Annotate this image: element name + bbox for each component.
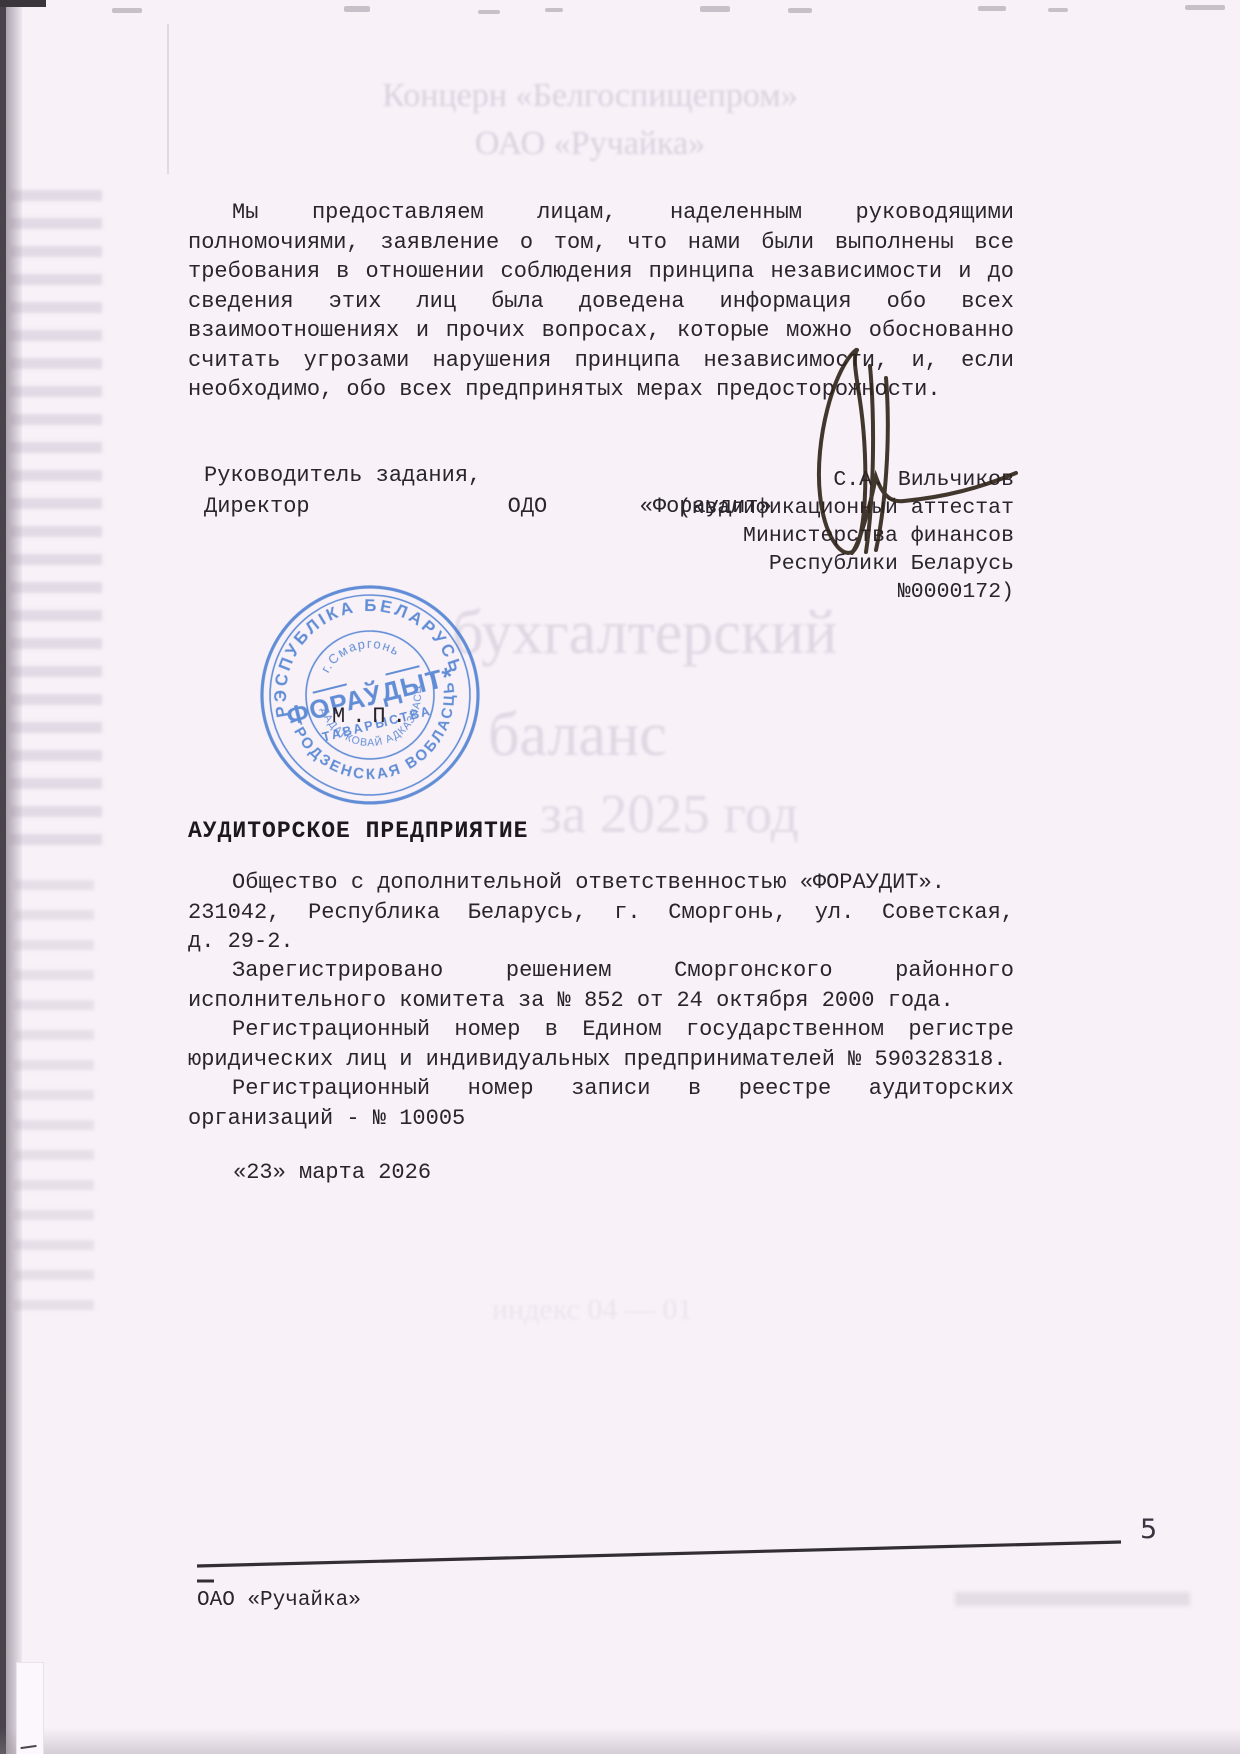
scan-speck: [1185, 5, 1225, 10]
paragraph-line: исполнительного комитета за № 852 от 24 …: [188, 986, 1014, 1016]
section-heading: АУДИТОРСКОЕ ПРЕДПРИЯТИЕ: [188, 818, 528, 844]
page-number: 5: [1140, 1514, 1157, 1545]
scan-speck: [788, 8, 812, 13]
paragraph-line: юридических лиц и индивидуальных предпри…: [188, 1045, 1014, 1075]
scan-speck: [545, 8, 563, 12]
ghost-index-note: индекс 04 — 01: [492, 1293, 692, 1327]
paragraph-line: д. 29-2.: [188, 927, 1014, 957]
intro-line: необходимо, обо всех предпринятых мерах …: [188, 375, 1014, 405]
paragraph-line: Регистрационный номер записи в реестре а…: [188, 1074, 1014, 1104]
signoff-auditor-block: С.А. Вильчиков (квалификационный аттеста…: [594, 466, 1014, 606]
paragraph-line: Регистрационный номер в Едином государст…: [188, 1015, 1014, 1045]
auditor-certificate-line: Республики Беларусь: [594, 550, 1014, 578]
scan-speck: [1048, 8, 1068, 12]
intro-line: взаимоотношениях и прочих вопросах, кото…: [188, 316, 1014, 346]
scan-speck: [478, 10, 500, 14]
intro-line: требования в отношении соблюдения принци…: [188, 257, 1014, 287]
footer-company-label: ОАО «Ручайка»: [197, 1589, 361, 1612]
company-address-paragraph: Общество с дополнительной ответственност…: [188, 868, 1014, 957]
auditor-certificate-line: Министерства финансов: [594, 522, 1014, 550]
auditor-name: С.А. Вильчиков: [594, 466, 1014, 494]
intro-line: Мы предоставляем лицам, наделенным руков…: [188, 198, 1014, 228]
intro-paragraph: Мы предоставляем лицам, наделенным руков…: [188, 198, 1014, 405]
paragraph-line: организаций - № 10005: [188, 1104, 1014, 1134]
footer-divider: [197, 1542, 1121, 1581]
company-register-paragraph: Регистрационный номер в Едином государст…: [188, 1015, 1014, 1074]
scan-speck: [978, 6, 1006, 11]
company-registry-paragraph: Регистрационный номер записи в реестре а…: [188, 1074, 1014, 1133]
ghost-header-line2: ОАО «Ручайка»: [290, 120, 890, 168]
left-margin-bleed-text: [14, 880, 94, 1310]
auditor-certificate-line: (квалификационный аттестат: [594, 494, 1014, 522]
ghost-footer-bleed: [955, 1592, 1190, 1606]
intro-line: считать угрозами нарушения принципа неза…: [188, 346, 1014, 376]
ghost-title-line2: баланс: [488, 700, 667, 771]
scan-bottom-shadow: [0, 1728, 1240, 1754]
scanned-document-page: Концерн «Белгоспищепром» ОАО «Ручайка» б…: [0, 0, 1240, 1754]
paragraph-line: Зарегистрировано решением Сморгонского р…: [188, 956, 1014, 986]
date-line: «23» марта 2026: [233, 1160, 431, 1185]
ghost-title-line1: бухгалтерский: [452, 598, 837, 669]
company-registration-paragraph: Зарегистрировано решением Сморгонского р…: [188, 956, 1014, 1015]
scan-speck: [700, 6, 730, 12]
ghost-header-line1: Концерн «Белгоспищепром»: [290, 72, 890, 120]
scan-speck: [344, 6, 370, 12]
paragraph-line: Общество с дополнительной ответственност…: [188, 868, 1014, 898]
ghost-header: Концерн «Белгоспищепром» ОАО «Ручайка»: [290, 72, 890, 168]
scan-top-artifact: [0, 0, 46, 7]
page-fold-line: [167, 24, 169, 174]
ghost-title-line3: за 2025 год: [540, 782, 799, 845]
scan-speck: [112, 8, 142, 13]
paragraph-line: 231042, Республика Беларусь, г. Сморгонь…: [188, 898, 1014, 928]
auditor-certificate-number: №0000172): [594, 578, 1014, 606]
intro-line: сведения этих лиц была доведена информац…: [188, 287, 1014, 317]
seal-mark-label: М.П.: [332, 704, 413, 729]
left-margin-bleed-text: [10, 190, 102, 850]
intro-line: полномочиями, заявление о том, что нами …: [188, 228, 1014, 258]
